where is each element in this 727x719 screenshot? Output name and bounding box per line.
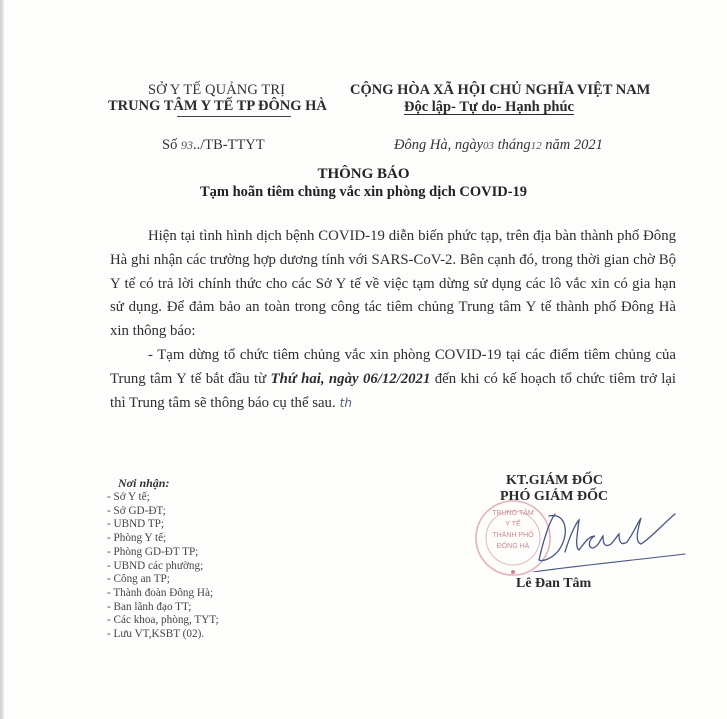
recipient-item: - Phòng Y tế; — [107, 532, 219, 546]
document-date: Đông Hà, ngày03 tháng12 năm 2021 — [394, 137, 603, 154]
date-month: 12 — [531, 140, 542, 152]
recipient-item: - Thành đoàn Đông Hà; — [107, 587, 219, 601]
national-title: CỘNG HÒA XÃ HỘI CHỦ NGHĨA VIỆT NAM — [350, 82, 650, 99]
document-subject: Tạm hoãn tiêm chủng vắc xin phòng dịch C… — [0, 184, 727, 201]
recipient-item: - UBND các phường; — [107, 560, 219, 574]
recipient-item: - Phòng GD-ĐT TP; — [107, 546, 219, 560]
document-body: Hiện tại tình hình dịch bệnh COVID-19 di… — [110, 225, 676, 415]
handwritten-initials: th — [340, 396, 352, 410]
national-motto: Độc lập- Tự do- Hạnh phúc — [404, 99, 574, 116]
signature-title-1: KT.GIÁM ĐỐC — [506, 473, 603, 489]
date-year: năm 2021 — [542, 137, 603, 153]
doc-number-suffix: ../TB-TTYT — [193, 137, 265, 153]
body-paragraph-1: Hiện tại tình hình dịch bệnh COVID-19 di… — [110, 225, 676, 344]
recipient-item: - Lưu VT,KSBT (02). — [107, 628, 219, 642]
signer-name: Lê Đan Tâm — [516, 576, 591, 592]
date-day: 03 — [483, 140, 494, 152]
agency-name: TRUNG TÂM Y TẾ TP ĐÔNG HÀ — [108, 98, 327, 115]
recipient-item: - Ban lãnh đạo TT; — [107, 601, 219, 615]
body-paragraph-2: - Tạm dừng tổ chức tiêm chủng vắc xin ph… — [110, 344, 676, 415]
document-type: THÔNG BÁO — [0, 166, 727, 183]
recipient-item: - Các khoa, phòng, TYT; — [107, 614, 219, 628]
recipients-label: Nơi nhận: — [118, 476, 169, 491]
date-month-label: tháng — [494, 137, 531, 153]
recipient-item: - Công an TP; — [107, 573, 219, 587]
recipient-item: - Sở Y tế; — [107, 491, 219, 505]
handwritten-signature-icon — [525, 502, 695, 572]
scan-page-edge — [0, 0, 4, 719]
document-number: Số 93../TB-TTYT — [162, 137, 265, 154]
doc-number-prefix: Số — [162, 137, 181, 153]
recipient-item: - UBND TP; — [107, 518, 219, 532]
recipient-item: - Sở GD-ĐT; — [107, 505, 219, 519]
doc-number-value: 93 — [181, 138, 193, 152]
start-date-emphasis: Thứ hai, ngày 06/12/2021 — [271, 371, 431, 387]
recipients-list: - Sở Y tế;- Sở GD-ĐT;- UBND TP;- Phòng Y… — [107, 491, 219, 642]
agency-underline — [177, 116, 291, 117]
agency-parent: SỞ Y TẾ QUẢNG TRỊ — [148, 82, 285, 99]
date-place: Đông Hà, ngày — [394, 137, 483, 153]
